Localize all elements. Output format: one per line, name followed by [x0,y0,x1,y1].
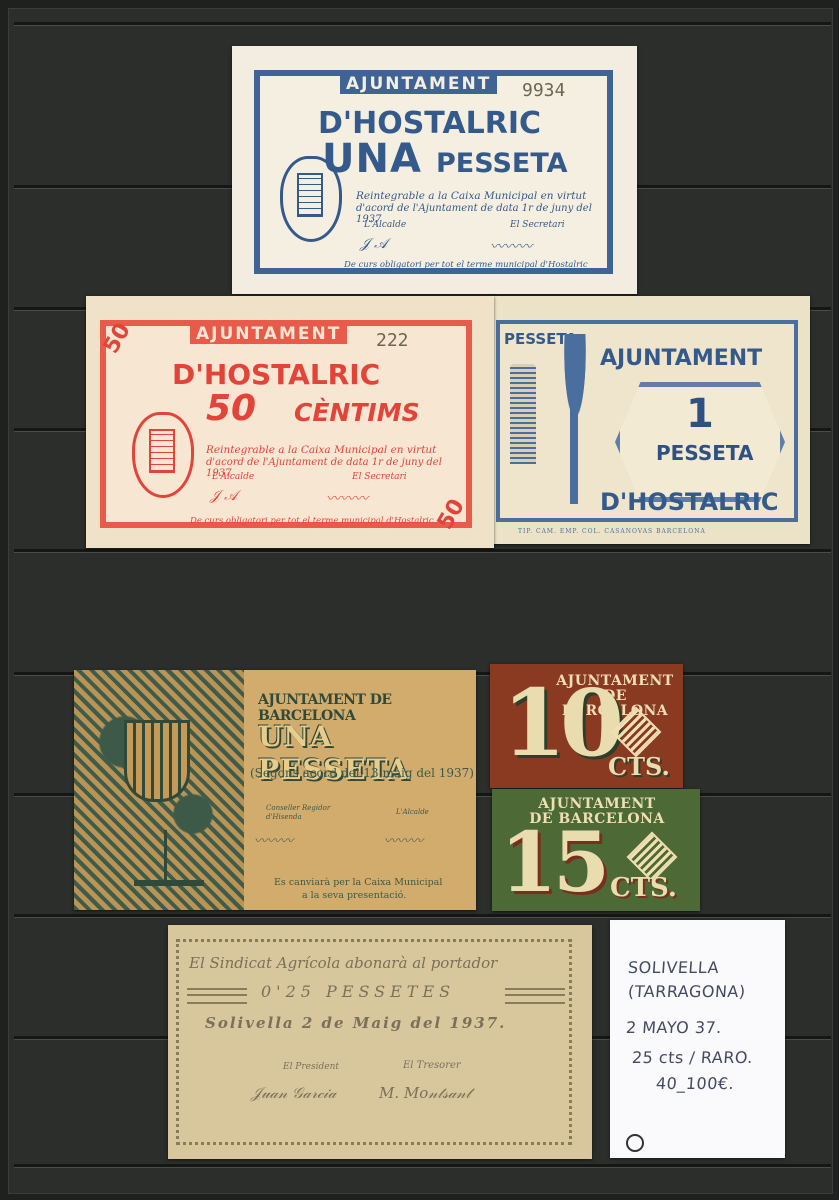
signature-label-right: El Secretari [352,472,407,482]
album-strip [14,1164,831,1168]
signature-label-right: El Tresorer [403,1060,461,1071]
signature-label-left: L'Alcalde [212,472,254,482]
tree-illustration-icon [550,334,600,504]
tower-icon [149,429,175,473]
banknote-hostalric-50-centims: AJUNTAMENT 222 50 50 D'HOSTALRIC 50 CÈNT… [86,296,494,548]
note-frame: PESSETA AJUNTAMENT 1 PESSETA D'HOSTALRIC [496,320,798,522]
signature-label-left: L'Alcalde [364,220,406,230]
value-unit: CTS. [610,873,677,903]
tower-illustration-icon [510,364,536,464]
card-line-2: (TARRAGONA) [627,982,746,1001]
value-big: 1 [686,391,714,437]
note-footer: De curs obligatori per tot el terme muni… [344,260,588,270]
note-footer-line1: Es canviarà per la Caixa Municipal [274,877,442,888]
handwritten-note-card: SOLIVELLA (TARRAGONA) 2 MAYO 37. 25 cts … [610,920,785,1158]
note-frame: AJUNTAMENT 9934 D'HOSTALRIC UNA PESSETA … [254,70,613,274]
note-text-area: AJUNTAMENT DE BARCELONA UNA PESSETA (Seg… [244,670,476,910]
signature-left: 𝒥 𝒜 [360,236,387,252]
banknote-hostalric-1-pesseta-reverse: PESSETA AJUNTAMENT 1 PESSETA D'HOSTALRIC… [492,296,810,544]
album-strip [14,914,831,918]
album-strip [14,549,831,553]
card-line-1: SOLIVELLA [627,958,719,977]
decorative-lines [505,988,565,1004]
signature-left: 〰〰〰 [254,830,293,849]
decorative-lines [187,988,247,1004]
ship-icon [134,830,204,886]
note-value: 0'25 PESSETES [261,982,455,1001]
album-strip [14,22,831,26]
printer-imprint: TIP. CAM. EMP. COL. CASANOVAS BARCELONA [518,528,706,535]
barcelona-shield-icon [124,720,190,802]
coat-of-arms-icon [280,156,342,242]
note-header: AJUNTAMENT [600,346,762,371]
value-diamond: 1 PESSETA [615,382,785,502]
value-unit: CÈNTIMS [294,398,420,427]
banknote-barcelona-10-cts: AJUNTAMENT DE BARCELONA 10 CTS. [490,664,683,788]
banknote-solivella-25-cts: El Sindicat Agrícola abonarà al portador… [168,925,592,1159]
corner-value-top: 50 [99,319,136,358]
value-unit: CTS. [608,752,670,781]
ornamental-pattern [74,670,244,910]
value-big: 10 [502,668,618,778]
value-unit: PESSETA [436,148,568,179]
serial-number: 9934 [522,80,565,101]
note-text-line2: Solivella 2 de Maig del 1937. [205,1014,506,1032]
tower-icon [297,173,323,217]
corner-value-bottom: 50 [433,495,470,534]
signature-label-left: El President [283,1062,339,1072]
card-line-3: 2 MAYO 37. [625,1018,722,1037]
note-footer: De curs obligatori per tot el terme muni… [190,516,434,526]
banknote-barcelona-15-cts: AJUNTAMENT DE BARCELONA 15 CTS. [492,789,700,911]
signature-right: 〰〰〰 [384,830,423,849]
banknote-hostalric-1-pesseta: AJUNTAMENT 9934 D'HOSTALRIC UNA PESSETA … [232,46,637,294]
note-header: AJUNTAMENT [340,74,497,94]
signature-right: 〰〰〰 [490,236,532,256]
signature-label-left-line2: d'Hisenda [266,813,302,821]
note-frame: El Sindicat Agrícola abonarà al portador… [176,939,572,1145]
banknote-barcelona-1-pesseta: AJUNTAMENT DE BARCELONA UNA PESSETA (Seg… [74,670,476,910]
signature-label-right: L'Alcalde [396,808,429,816]
signature-label-left-line1: Conseller Regidor [266,804,330,812]
stamp-logo-icon [626,1134,644,1152]
note-footer-line2: a la seva presentació. [302,890,406,901]
signature-label-right: El Secretari [510,220,565,230]
signature-right: 〰〰〰 [326,488,368,508]
note-header: AJUNTAMENT [190,324,347,344]
town-name: D'HOSTALRIC [600,488,778,516]
value-unit: PESSETA [656,441,753,465]
town-name: D'HOSTALRIC [172,358,380,391]
note-frame: AJUNTAMENT 222 50 50 D'HOSTALRIC 50 CÈNT… [100,320,472,528]
value-big: 50 [206,388,256,429]
note-text-line1: Reintegrable a la Caixa Municipal en vir… [356,190,586,202]
note-header-line1: AJUNTAMENT [512,797,682,812]
note-text-line1: Reintegrable a la Caixa Municipal en vir… [206,444,436,456]
note-text-line1: (Segons acord del 13 maig del 1937) [250,766,474,780]
signature-right: 𝑀. 𝑀𝑜𝓃𝓉𝓈𝒶𝓃𝓉 [379,1084,471,1102]
card-line-5: 40_100€. [655,1074,735,1093]
note-text-line1: El Sindicat Agrícola abonarà al portador [189,954,497,972]
value-big: 15 [500,813,606,911]
coat-of-arms-icon [132,412,194,498]
signature-left: 𝒥𝓊𝒶𝓃 𝒢𝒶𝓇𝒸𝒾𝒶 [251,1084,336,1102]
signature-left: 𝒥 𝒜 [210,488,237,504]
serial-number: 222 [376,330,409,351]
card-line-4: 25 cts / RARO. [631,1048,753,1067]
